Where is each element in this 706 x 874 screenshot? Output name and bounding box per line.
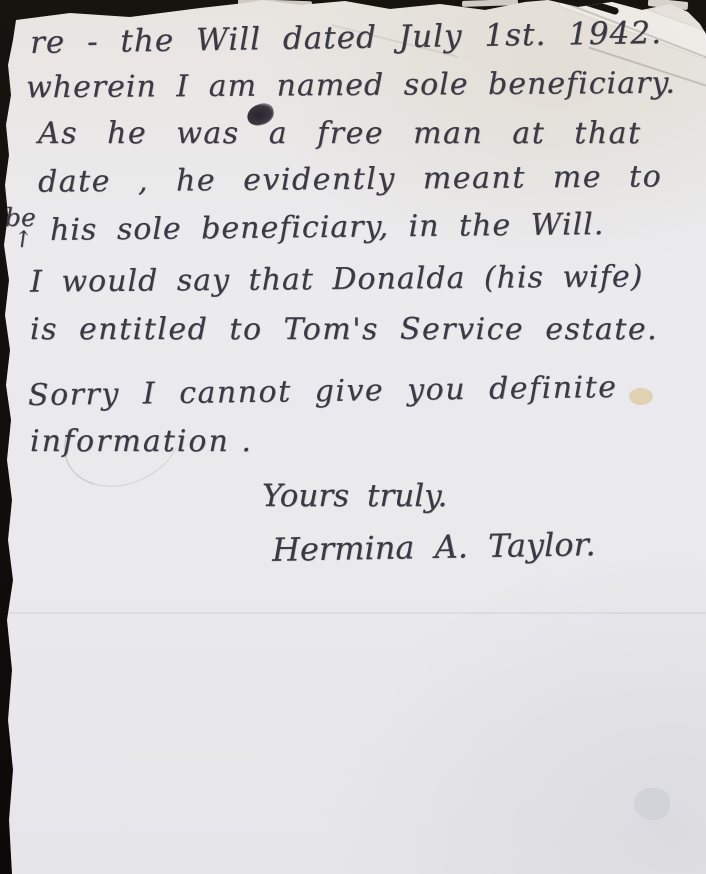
letter-signature: Hermina A. Taylor.: [272, 525, 596, 569]
letter-line: I would say that Donalda (his wife): [30, 259, 644, 299]
letter-line: is entitled to Tom's Service estate.: [30, 312, 658, 347]
letter-line: Sorry I cannot give you definite: [28, 370, 618, 413]
letter-closing: Yours truly.: [262, 478, 447, 514]
letter-line: re - the Will dated July 1st. 1942.: [30, 15, 662, 61]
caret-insertion-mark: ↑: [11, 226, 34, 254]
letter-paper: re - the Will dated July 1st. 1942. wher…: [0, 0, 706, 874]
scanned-letter-page: re - the Will dated July 1st. 1942. wher…: [0, 0, 706, 874]
paper-stain: [634, 788, 670, 820]
letter-line: wherein I am named sole beneficiary.: [26, 66, 676, 106]
paper-fold-line: [0, 612, 706, 614]
letter-line: As he was a free man at that: [38, 116, 642, 151]
letter-line: his sole beneficiary, in the Will.: [50, 207, 605, 248]
letter-line: information .: [30, 424, 253, 459]
letter-line: date , he evidently meant me to: [38, 159, 662, 199]
paper-stain: [629, 388, 653, 405]
